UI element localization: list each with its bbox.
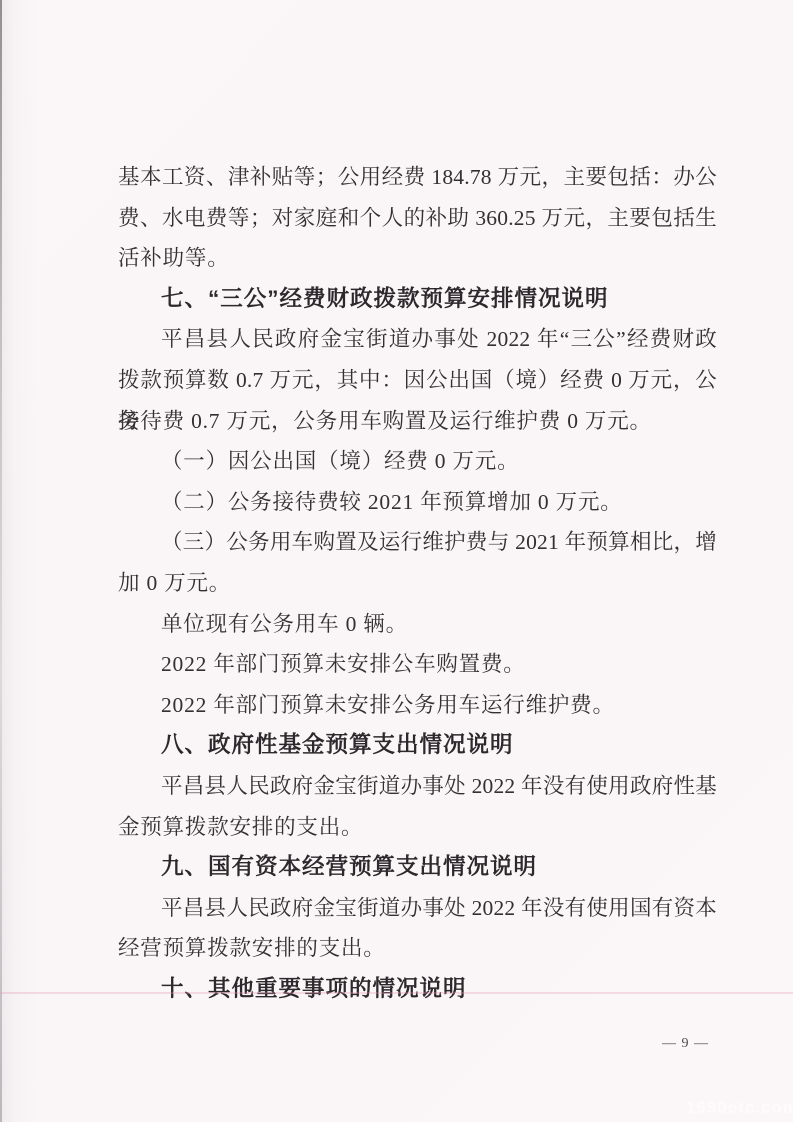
list-item: （二）公务接待费较 2021 年预算增加 0 万元。 — [118, 482, 717, 523]
document-body: 基本工资、津补贴等；公用经费 184.78 万元，主要包括：办公 费、水电费等；… — [118, 157, 717, 1009]
list-item: 2022 年部门预算未安排公务用车运行维护费。 — [118, 685, 717, 726]
scan-edge-artifact — [0, 0, 2, 1122]
section-heading-seven: 七、“三公”经费财政拨款预算安排情况说明 — [118, 279, 717, 320]
list-item: 单位现有公务用车 0 辆。 — [118, 604, 717, 645]
section-heading-eight: 八、政府性基金预算支出情况说明 — [118, 725, 717, 766]
scanned-document-page: 基本工资、津补贴等；公用经费 184.78 万元，主要包括：办公 费、水电费等；… — [0, 0, 793, 1122]
list-item: 2022 年部门预算未安排公车购置费。 — [118, 644, 717, 685]
page-number: — 9 — — [662, 1036, 709, 1052]
text-line: 拨款预算数 0.7 万元，其中：因公出国（境）经费 0 万元，公务 — [118, 360, 717, 401]
list-item: （一）因公出国（境）经费 0 万元。 — [118, 441, 717, 482]
text-line: 平昌县人民政府金宝街道办事处 2022 年没有使用政府性基 — [118, 766, 717, 807]
text-line: 平昌县人民政府金宝街道办事处 2022 年“三公”经费财政 — [118, 319, 717, 360]
text-line: 平昌县人民政府金宝街道办事处 2022 年没有使用国有资本 — [118, 888, 717, 929]
list-item: （三）公务用车购置及运行维护费与 2021 年预算相比，增 — [118, 522, 717, 563]
text-line: 基本工资、津补贴等；公用经费 184.78 万元，主要包括：办公 — [118, 157, 717, 198]
text-line: 金预算拨款安排的支出。 — [118, 807, 717, 848]
section-heading-nine: 九、国有资本经营预算支出情况说明 — [118, 847, 717, 888]
text-line: 经营预算拨款安排的支出。 — [118, 928, 717, 969]
text-line: 活补助等。 — [118, 238, 717, 279]
section-heading-ten: 十、其他重要事项的情况说明 — [118, 969, 717, 1010]
watermark: 1990etc.com — [686, 1098, 793, 1118]
list-item-continuation: 加 0 万元。 — [118, 563, 717, 604]
scan-streak-artifact — [0, 992, 793, 994]
text-line: 费、水电费等；对家庭和个人的补助 360.25 万元，主要包括生 — [118, 198, 717, 239]
text-line: 接待费 0.7 万元，公务用车购置及运行维护费 0 万元。 — [118, 401, 717, 442]
